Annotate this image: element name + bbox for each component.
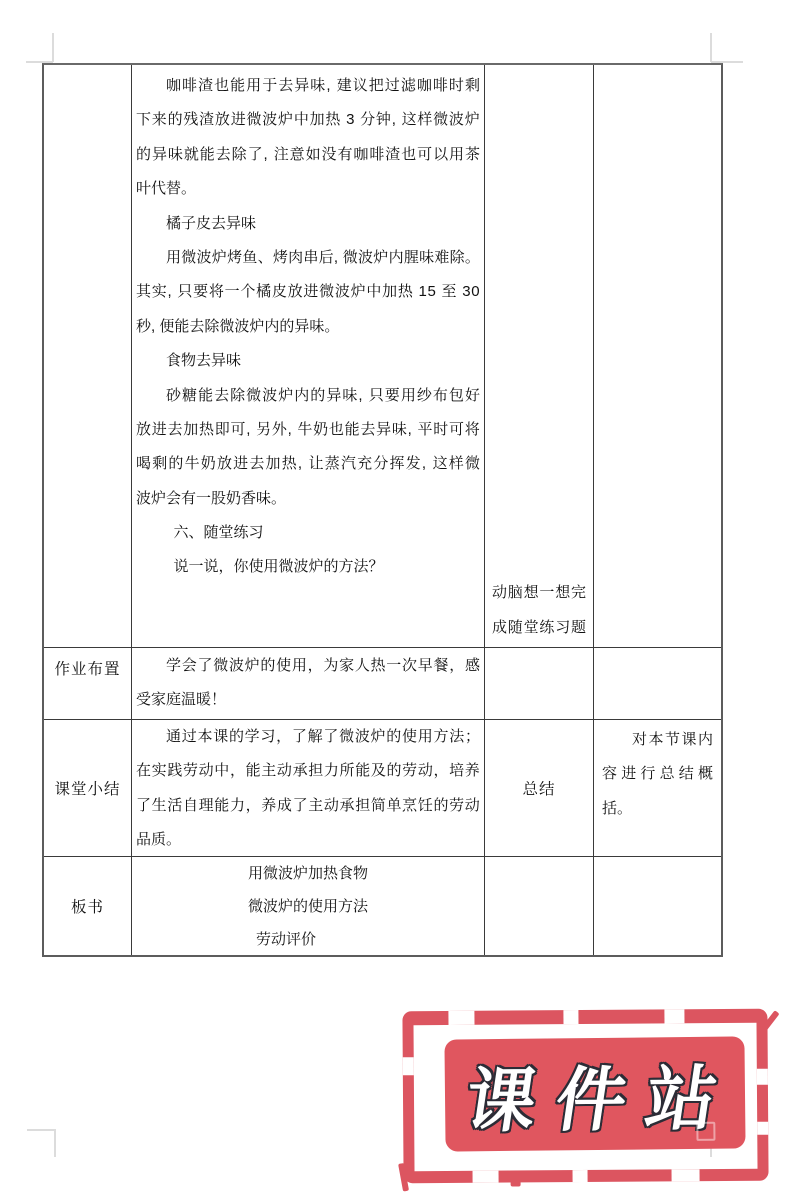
cell-homework-label: 作业布置 xyxy=(44,648,132,720)
text-line: 六、随堂练习 xyxy=(136,516,480,550)
text-line: 对本节课内 xyxy=(602,723,713,757)
text-line: 的异味就能去除了, 注意如没有咖啡渣也可以用茶 xyxy=(136,138,480,172)
stamp-border-gap xyxy=(664,1009,684,1023)
stamp-thin-ink-patch xyxy=(696,1122,715,1141)
text-line: 成随堂练习题 xyxy=(492,611,586,645)
stamp-ink-speck xyxy=(398,1163,409,1192)
text-line: 说一说，你使用微波炉的方法？ xyxy=(136,550,480,584)
stamp-border-gap xyxy=(448,1011,474,1025)
stamp-border-gap xyxy=(563,1010,578,1024)
lesson-plan-table: 咖啡渣也能用于去异味, 建议把过滤咖啡时剩下来的残渣放进微波炉中加热 3 分钟,… xyxy=(42,63,723,957)
text-line: 括。 xyxy=(602,792,713,826)
stamp-ink-speck xyxy=(511,1180,521,1186)
cell-summary-content: 通过本课的学习，了解了微波炉的使用方法；在实践劳动中，能主动承担力所能及的劳动，… xyxy=(132,720,485,857)
text-line: 喝剩的牛奶放进去加热, 让蒸汽充分挥发, 这样微 xyxy=(136,447,480,481)
stamp-border-gap xyxy=(403,1057,414,1075)
stamp-border-gap xyxy=(757,1122,768,1135)
margin-mark-bottom-left-vertical xyxy=(54,1129,56,1157)
text-line: 品质。 xyxy=(136,823,480,857)
text-line: 用微波炉烤鱼、烤肉串后, 微波炉内腥味难除。 xyxy=(136,241,480,275)
cell-row1-label-blank xyxy=(44,65,132,648)
watermark-stamp: 课件站 xyxy=(395,1000,780,1200)
cell-homework-note-blank xyxy=(594,648,721,720)
document-page: 咖啡渣也能用于去异味, 建议把过滤咖啡时剩下来的残渣放进微波炉中加热 3 分钟,… xyxy=(0,0,800,1200)
text-line: 砂糖能去除微波炉内的异味, 只要用纱布包好 xyxy=(136,379,480,413)
margin-mark-top-left-vertical xyxy=(52,33,54,62)
cell-row1-student-activity: 动脑想一想完成随堂练习题 xyxy=(485,65,594,648)
stamp-ink-speck xyxy=(761,1010,779,1031)
cell-homework-activity-blank xyxy=(485,648,594,720)
margin-mark-top-right-vertical xyxy=(710,33,712,62)
cell-board-activity-blank xyxy=(485,857,594,955)
text-line: 秒, 便能去除微波炉内的异味。 xyxy=(136,310,480,344)
text-line: 波炉会有一股奶香味。 xyxy=(136,482,480,516)
text-line: 橘子皮去异味 xyxy=(136,207,480,241)
text-line: 下来的残渣放进微波炉中加热 3 分钟, 这样微波炉 xyxy=(136,103,480,137)
text-line: 用微波炉加热食物 xyxy=(132,857,484,890)
stamp-body: 课件站 xyxy=(444,1036,745,1151)
text-line: 了生活自理能力，养成了主动承担简单烹饪的劳动 xyxy=(136,789,480,823)
cell-summary-label: 课堂小结 xyxy=(44,720,132,857)
text-line: 在实践劳动中，能主动承担力所能及的劳动，培养 xyxy=(136,754,480,788)
cell-board-note-blank xyxy=(594,857,721,955)
text-line: 叶代替。 xyxy=(136,172,480,206)
cell-board-content: 用微波炉加热食物微波炉的使用方法劳动评价 xyxy=(132,857,485,955)
cell-homework-content: 学会了微波炉的使用，为家人热一次早餐，感受家庭温暖！ xyxy=(132,648,485,720)
stamp-border-gap xyxy=(757,1069,768,1085)
text-line: 容进行总结概 xyxy=(602,757,713,791)
text-line: 劳动评价 xyxy=(132,923,462,956)
text-line: 动脑想一想完 xyxy=(492,576,586,610)
cell-row1-note-blank xyxy=(594,65,721,648)
text-line: 微波炉的使用方法 xyxy=(132,890,484,923)
cell-board-label: 板书 xyxy=(44,857,132,955)
text-line: 学会了微波炉的使用，为家人热一次早餐，感 xyxy=(136,649,480,683)
text-line: 咖啡渣也能用于去异味, 建议把过滤咖啡时剩 xyxy=(136,69,480,103)
text-line: 通过本课的学习，了解了微波炉的使用方法； xyxy=(136,720,480,754)
stamp-border-gap xyxy=(672,1169,700,1181)
cell-row1-teaching-content: 咖啡渣也能用于去异味, 建议把过滤咖啡时剩下来的残渣放进微波炉中加热 3 分钟,… xyxy=(132,65,485,648)
cell-summary-note: 对本节课内容进行总结概括。 xyxy=(594,720,721,857)
stamp-border-gap xyxy=(573,1170,588,1182)
text-line: 食物去异味 xyxy=(136,344,480,378)
text-line: 受家庭温暖！ xyxy=(136,683,480,717)
cell-summary-activity: 总结 xyxy=(485,720,594,857)
margin-mark-bottom-left-horizontal xyxy=(27,1129,55,1131)
text-line: 其实, 只要将一个橘皮放进微波炉中加热 15 至 30 xyxy=(136,275,480,309)
stamp-border-gap xyxy=(473,1171,499,1183)
text-line: 放进去加热即可, 另外, 牛奶也能去异味, 平时可将 xyxy=(136,413,480,447)
